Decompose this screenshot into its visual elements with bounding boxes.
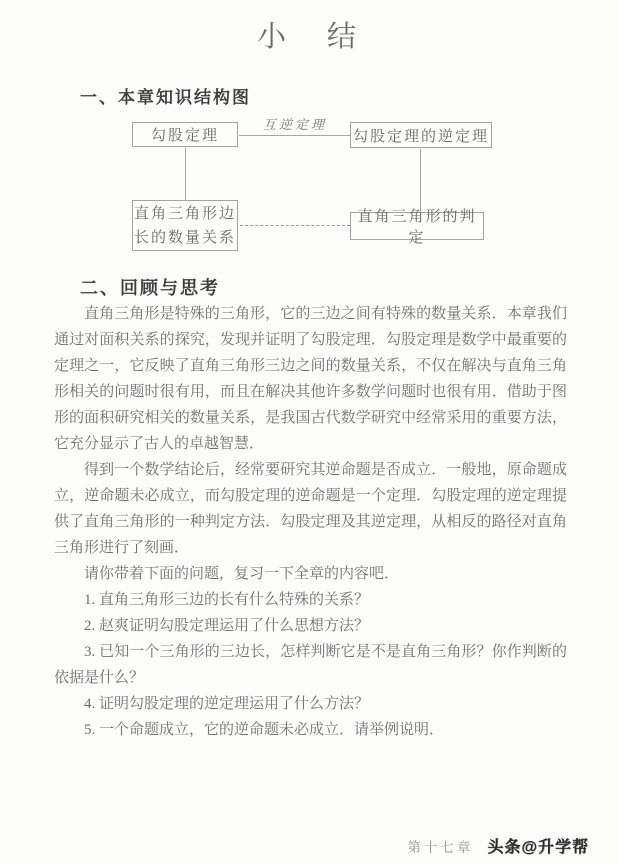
paragraph: 得到一个数学结论后，经常要研究其逆命题是否成立．一般地，原命题成立，逆命题未必成…: [54, 457, 567, 561]
question-item: 3. 已知一个三角形的三边长，怎样判断它是不是直角三角形？你作判断的依据是什么？: [54, 639, 567, 691]
diagram-edge-label: 互逆定理: [240, 114, 350, 133]
paragraph: 请你带着下面的问题，复习一下全章的内容吧．: [54, 561, 567, 587]
knowledge-structure-diagram: 互逆定理 勾股定理 勾股定理的逆定理 直角三角形边 长的数量关系 直角三角形的判…: [0, 114, 619, 260]
section-heading-structure: 一、本章知识结构图: [80, 86, 619, 110]
connector-line-dashed: [240, 225, 350, 226]
question-item: 4. 证明勾股定理的逆定理运用了什么方法？: [54, 691, 567, 717]
diagram-box-pythagorean: 勾股定理: [132, 122, 238, 147]
page-footer: 第十七章 头条@升学帮: [407, 834, 589, 857]
question-item: 2. 赵爽证明勾股定理运用了什么思想方法？: [54, 613, 567, 639]
question-item: 5. 一个命题成立，它的逆命题未必成立．请举例说明．: [54, 717, 567, 743]
connector-line-top: [239, 135, 350, 136]
section-heading-review: 二、回顾与思考: [80, 276, 619, 301]
diagram-box-side-relation: 直角三角形边 长的数量关系: [132, 200, 238, 251]
watermark: 头条@升学帮: [487, 834, 589, 857]
diagram-box-judgment: 直角三角形的判定: [350, 212, 484, 240]
chapter-label: 第十七章: [407, 836, 473, 856]
question-item: 1. 直角三角形三边的长有什么特殊的关系？: [54, 587, 567, 613]
page-title: 小 结: [0, 0, 619, 58]
diagram-box-converse: 勾股定理的逆定理: [350, 122, 492, 148]
review-body: 直角三角形是特殊的三角形，它的三边之间有特殊的数量关系．本章我们通过对面积关系的…: [54, 301, 567, 743]
connector-line-left: [185, 148, 186, 200]
connector-line-right: [420, 149, 421, 212]
paragraph: 直角三角形是特殊的三角形，它的三边之间有特殊的数量关系．本章我们通过对面积关系的…: [54, 301, 567, 457]
diagram-box-side-relation-line2: 长的数量关系: [134, 226, 236, 250]
textbook-page: 小 结 一、本章知识结构图 互逆定理 勾股定理 勾股定理的逆定理 直角三角形边 …: [0, 0, 619, 865]
diagram-box-side-relation-line1: 直角三角形边: [134, 202, 236, 226]
